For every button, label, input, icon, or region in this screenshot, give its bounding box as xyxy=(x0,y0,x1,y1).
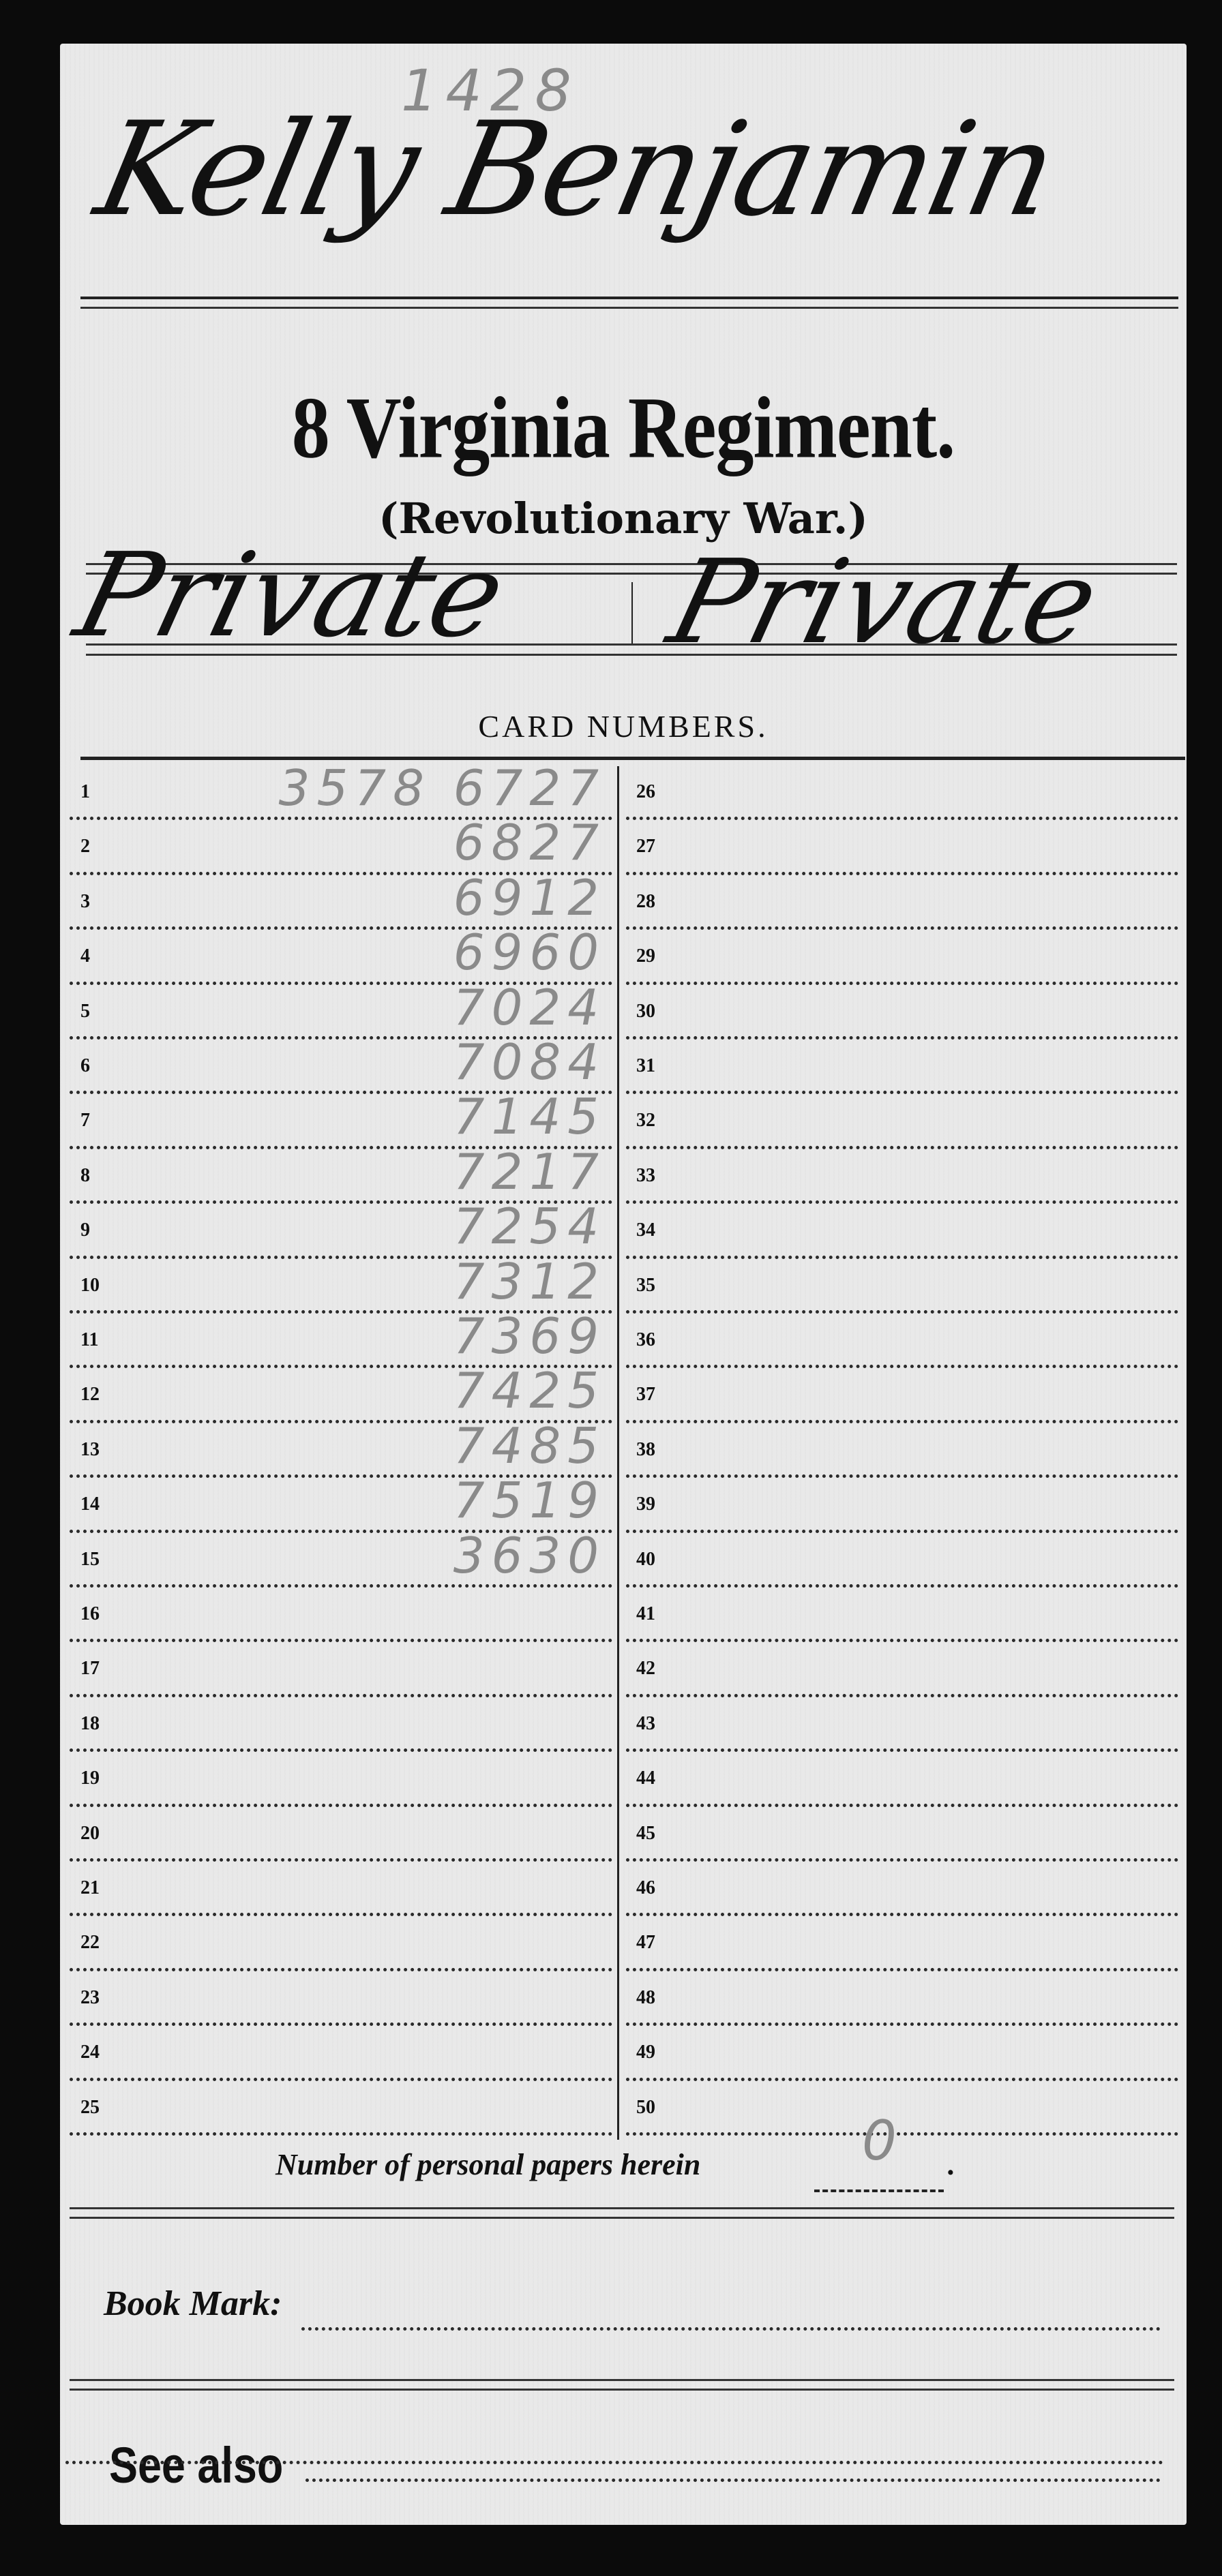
row-line[interactable] xyxy=(626,1036,1178,1040)
row-line xyxy=(70,2132,612,2136)
card-number-value[interactable]: 3578 6727 xyxy=(279,759,606,817)
row-number: 4 xyxy=(80,945,90,967)
row-number: 49 xyxy=(636,2042,655,2063)
row-line xyxy=(70,1913,612,1916)
personal-papers-field[interactable]: 0 xyxy=(814,2157,944,2192)
row-number: 10 xyxy=(80,1275,100,1297)
card-number-value[interactable]: 7369 xyxy=(453,1307,606,1365)
card-number-value[interactable]: 7145 xyxy=(453,1088,606,1145)
row-number: 44 xyxy=(636,1768,655,1789)
row-number: 19 xyxy=(80,1768,100,1789)
card-number-value[interactable]: 7519 xyxy=(453,1472,606,1529)
book-mark-field[interactable] xyxy=(301,2327,1161,2331)
card-numbers-heading: CARD NUMBERS. xyxy=(60,708,1187,744)
footer-rule-4 xyxy=(70,2389,1174,2391)
row-line[interactable] xyxy=(626,1858,1178,1862)
book-mark-label: Book Mark: xyxy=(104,2284,282,2324)
row-line[interactable] xyxy=(626,1256,1178,1259)
service-record-card: 1428 Kelly Benjamin 8 Virginia Regiment.… xyxy=(60,44,1187,2525)
rank-divider xyxy=(631,582,633,643)
footer-rule-1 xyxy=(70,2207,1174,2209)
row-number: 38 xyxy=(636,1439,655,1461)
row-number: 24 xyxy=(80,2042,100,2063)
row-number: 9 xyxy=(80,1219,90,1241)
row-line xyxy=(70,1968,612,1971)
row-line[interactable] xyxy=(626,1694,1178,1697)
row-line[interactable] xyxy=(626,926,1178,930)
row-number: 33 xyxy=(636,1165,655,1187)
row-number: 36 xyxy=(636,1329,655,1351)
row-line[interactable] xyxy=(626,982,1178,985)
regiment-title: 8 Virginia Regiment. xyxy=(60,378,1187,479)
row-line[interactable] xyxy=(626,1091,1178,1094)
see-also-field[interactable] xyxy=(305,2479,1161,2482)
rank-left: Private xyxy=(66,538,516,654)
row-number: 22 xyxy=(80,1932,100,1954)
row-line xyxy=(70,1639,612,1642)
row-number: 5 xyxy=(80,1001,90,1022)
row-line[interactable] xyxy=(626,1146,1178,1149)
row-number: 41 xyxy=(636,1603,655,1625)
card-number-value[interactable]: 7312 xyxy=(453,1253,606,1310)
row-number: 46 xyxy=(636,1877,655,1899)
card-number-value[interactable]: 7425 xyxy=(453,1362,606,1419)
row-number: 30 xyxy=(636,1001,655,1022)
table-top-rule xyxy=(80,757,1185,760)
row-line xyxy=(70,1804,612,1807)
row-line xyxy=(70,2078,612,2081)
row-number: 47 xyxy=(636,1932,655,1954)
row-number: 37 xyxy=(636,1384,655,1406)
card-number-value[interactable]: 6827 xyxy=(453,814,606,871)
see-also-line-2[interactable] xyxy=(65,2461,1163,2464)
row-number: 34 xyxy=(636,1219,655,1241)
row-number: 48 xyxy=(636,1987,655,2009)
row-line[interactable] xyxy=(626,1968,1178,1971)
row-number: 35 xyxy=(636,1275,655,1297)
row-number: 3 xyxy=(80,891,90,913)
personal-papers-period: . xyxy=(948,2147,955,2182)
row-number: 16 xyxy=(80,1603,100,1625)
row-number: 2 xyxy=(80,836,90,858)
row-line[interactable] xyxy=(626,872,1178,875)
row-number: 13 xyxy=(80,1439,100,1461)
row-line[interactable] xyxy=(626,2132,1178,2136)
row-line[interactable] xyxy=(626,1584,1178,1588)
row-number: 8 xyxy=(80,1165,90,1187)
footer-rule-3 xyxy=(70,2379,1174,2381)
row-number: 50 xyxy=(636,2097,655,2119)
row-line[interactable] xyxy=(626,1639,1178,1642)
row-number: 1 xyxy=(80,781,90,803)
card-number-value[interactable]: 3630 xyxy=(453,1527,606,1584)
personal-papers-label: Number of personal papers herein xyxy=(275,2147,700,2182)
row-number: 14 xyxy=(80,1494,100,1515)
name-underline xyxy=(80,297,1178,299)
row-line[interactable] xyxy=(626,1804,1178,1807)
card-number-value[interactable]: 7084 xyxy=(453,1033,606,1091)
name-underline-2 xyxy=(80,307,1178,309)
card-number-value[interactable]: 6960 xyxy=(453,924,606,981)
row-line[interactable] xyxy=(626,817,1178,820)
row-number: 39 xyxy=(636,1494,655,1515)
row-number: 45 xyxy=(636,1823,655,1845)
row-line[interactable] xyxy=(626,1420,1178,1423)
row-number: 40 xyxy=(636,1549,655,1571)
row-number: 12 xyxy=(80,1384,100,1406)
row-line xyxy=(70,1584,612,1588)
personal-papers-value: 0 xyxy=(862,2109,897,2172)
row-line[interactable] xyxy=(626,1365,1178,1368)
row-number: 7 xyxy=(80,1110,90,1132)
row-line[interactable] xyxy=(626,1310,1178,1314)
column-divider xyxy=(617,766,619,2140)
row-line xyxy=(70,1748,612,1752)
footer-rule-2 xyxy=(70,2217,1174,2219)
row-line[interactable] xyxy=(626,1530,1178,1533)
row-number: 29 xyxy=(636,945,655,967)
row-number: 43 xyxy=(636,1713,655,1735)
row-number: 32 xyxy=(636,1110,655,1132)
row-number: 26 xyxy=(636,781,655,803)
row-line xyxy=(70,2022,612,2026)
row-line[interactable] xyxy=(626,2078,1178,2081)
row-line xyxy=(70,1694,612,1697)
row-number: 6 xyxy=(80,1055,90,1077)
row-line[interactable] xyxy=(626,2022,1178,2026)
row-number: 18 xyxy=(80,1713,100,1735)
row-number: 31 xyxy=(636,1055,655,1077)
row-number: 21 xyxy=(80,1877,100,1899)
row-number: 15 xyxy=(80,1549,100,1571)
card-number-value[interactable]: 7485 xyxy=(453,1417,606,1474)
card-number-value[interactable]: 6912 xyxy=(453,869,606,926)
card-number-value[interactable]: 7254 xyxy=(453,1198,606,1255)
row-number: 11 xyxy=(80,1329,98,1351)
row-number: 42 xyxy=(636,1658,655,1680)
card-number-value[interactable]: 7217 xyxy=(453,1143,606,1200)
soldier-name: Kelly Benjamin xyxy=(87,105,1064,234)
row-number: 27 xyxy=(636,836,655,858)
row-line[interactable] xyxy=(626,1200,1178,1204)
row-number: 20 xyxy=(80,1823,100,1845)
row-number: 28 xyxy=(636,891,655,913)
row-number: 25 xyxy=(80,2097,100,2119)
rank-right: Private xyxy=(659,545,1109,661)
row-line[interactable] xyxy=(626,1474,1178,1478)
row-number: 17 xyxy=(80,1658,100,1680)
row-line[interactable] xyxy=(626,1913,1178,1916)
row-number: 23 xyxy=(80,1987,100,2009)
row-line[interactable] xyxy=(626,1748,1178,1752)
card-number-value[interactable]: 7024 xyxy=(453,979,606,1036)
row-line xyxy=(70,1858,612,1862)
see-also-label: See also xyxy=(109,2436,283,2494)
